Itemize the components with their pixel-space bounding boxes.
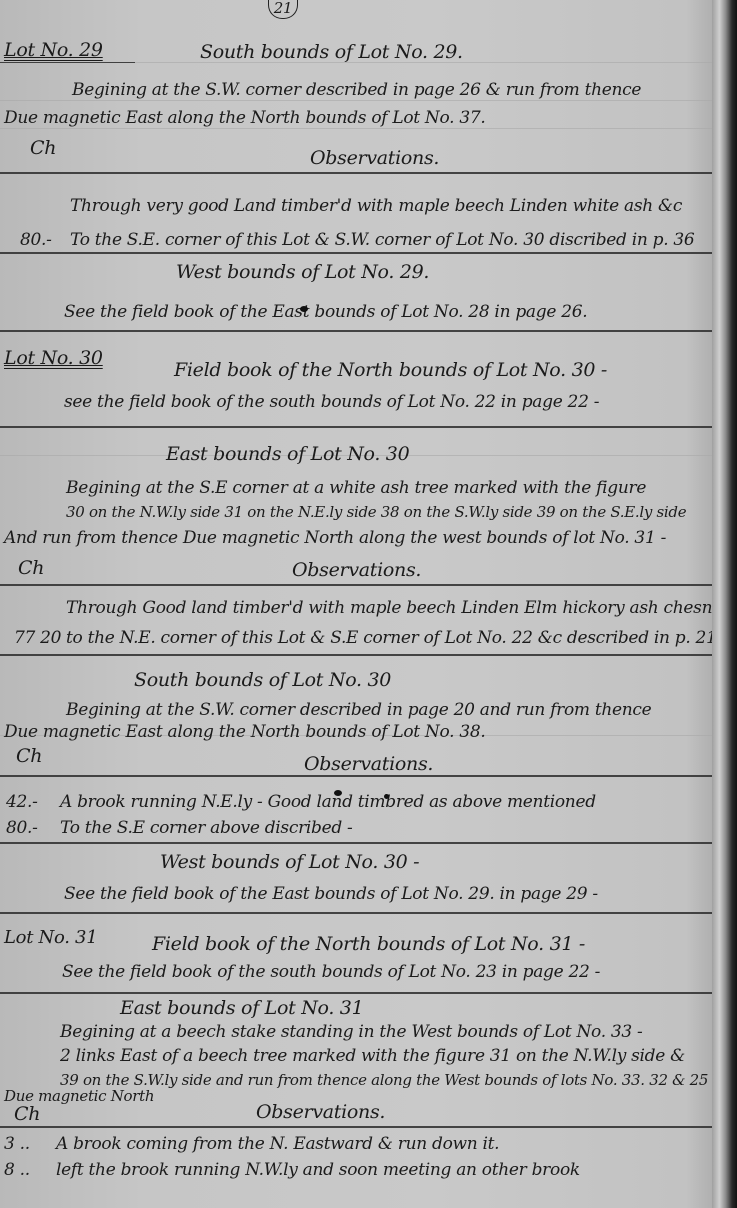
- description-line: 39 on the S.W.ly side and run from thenc…: [60, 1070, 708, 1090]
- ruled-line: [0, 654, 712, 656]
- observation-text: Through very good Land timber'd with map…: [70, 196, 682, 216]
- ruled-line: [0, 426, 712, 428]
- section-heading: South bounds of Lot No. 30: [134, 670, 391, 690]
- lot-underline: [0, 62, 135, 63]
- faint-rule: [0, 128, 712, 129]
- chains-column-label: Ch: [30, 138, 56, 158]
- section-heading: East bounds of Lot No. 31: [120, 998, 363, 1018]
- ruled-line: [0, 1126, 712, 1128]
- observations-heading: Observations.: [310, 148, 439, 168]
- description-line: 30 on the N.W.ly side 31 on the N.E.ly s…: [66, 502, 686, 522]
- chains-column-label: Ch: [16, 746, 42, 766]
- ink-blot: [334, 790, 342, 796]
- description-line: See the field book of the East bounds of…: [64, 302, 587, 322]
- faint-rule: [0, 100, 712, 101]
- manuscript-page: 21 Lot No. 29 South bounds of Lot No. 29…: [0, 0, 722, 1208]
- observation-text: Through Good land timber'd with maple be…: [66, 598, 722, 618]
- observations-heading: Observations.: [292, 560, 421, 580]
- lot-label: Lot No. 29: [4, 40, 103, 60]
- observations-heading: Observations.: [256, 1102, 385, 1122]
- description-line: 2 links East of a beech tree marked with…: [60, 1046, 685, 1066]
- chains-value: 80.-: [6, 818, 38, 838]
- chains-value: 80.-: [20, 230, 52, 250]
- section-heading: Field book of the North bounds of Lot No…: [152, 934, 585, 954]
- ruled-line: [0, 775, 712, 777]
- ruled-line: [0, 584, 712, 586]
- page-number: 21: [268, 0, 298, 19]
- chains-column-label: Ch: [14, 1104, 40, 1124]
- ink-blot: [384, 794, 389, 799]
- chains-value: 77 20: [14, 628, 61, 648]
- observation-text: To the S.E corner above discribed -: [60, 818, 353, 838]
- ink-blot: [300, 306, 308, 312]
- section-heading: West bounds of Lot No. 30 -: [160, 852, 419, 872]
- chains-value: 42.-: [6, 792, 38, 812]
- description-line: See the field book of the East bounds of…: [64, 884, 598, 904]
- observation-text: To the S.E. corner of this Lot & S.W. co…: [70, 230, 694, 250]
- lot-label: Lot No. 30: [4, 348, 103, 368]
- description-line: Begining at a beech stake standing in th…: [60, 1022, 643, 1042]
- section-heading: South bounds of Lot No. 29.: [200, 42, 463, 62]
- ruled-line: [0, 992, 712, 994]
- description-line: Due magnetic East along the North bounds…: [4, 108, 485, 128]
- ruled-line: [0, 842, 712, 844]
- observation-text: left the brook running N.W.ly and soon m…: [56, 1160, 580, 1180]
- section-heading: West bounds of Lot No. 29.: [176, 262, 429, 282]
- chains-value: 3 ..: [4, 1134, 30, 1154]
- section-heading: East bounds of Lot No. 30: [166, 444, 409, 464]
- observation-text: A brook coming from the N. Eastward & ru…: [56, 1134, 499, 1154]
- description-line: See the field book of the south bounds o…: [62, 962, 600, 982]
- observations-heading: Observations.: [304, 754, 433, 774]
- ruled-line: [0, 912, 712, 914]
- description-line: Begining at the S.W. corner described in…: [72, 80, 641, 100]
- lot-label: Lot No. 31: [4, 928, 97, 948]
- ruled-line: [0, 330, 712, 332]
- ruled-line: [0, 252, 712, 254]
- page-edge: [712, 0, 737, 1208]
- chains-column-label: Ch: [18, 558, 44, 578]
- chains-value: 8 ..: [4, 1160, 30, 1180]
- observation-text: to the N.E. corner of this Lot & S.E cor…: [66, 628, 722, 648]
- section-heading: Field book of the North bounds of Lot No…: [174, 360, 607, 380]
- ruled-line: [0, 172, 712, 174]
- description-line: Begining at the S.W. corner described in…: [66, 700, 651, 720]
- description-line: Begining at the S.E corner at a white as…: [66, 478, 646, 498]
- description-line: And run from thence Due magnetic North a…: [4, 528, 666, 548]
- description-line: Due magnetic East along the North bounds…: [4, 722, 485, 742]
- description-line: see the field book of the south bounds o…: [64, 392, 599, 412]
- observation-text: A brook running N.E.ly - Good land timbr…: [60, 792, 596, 812]
